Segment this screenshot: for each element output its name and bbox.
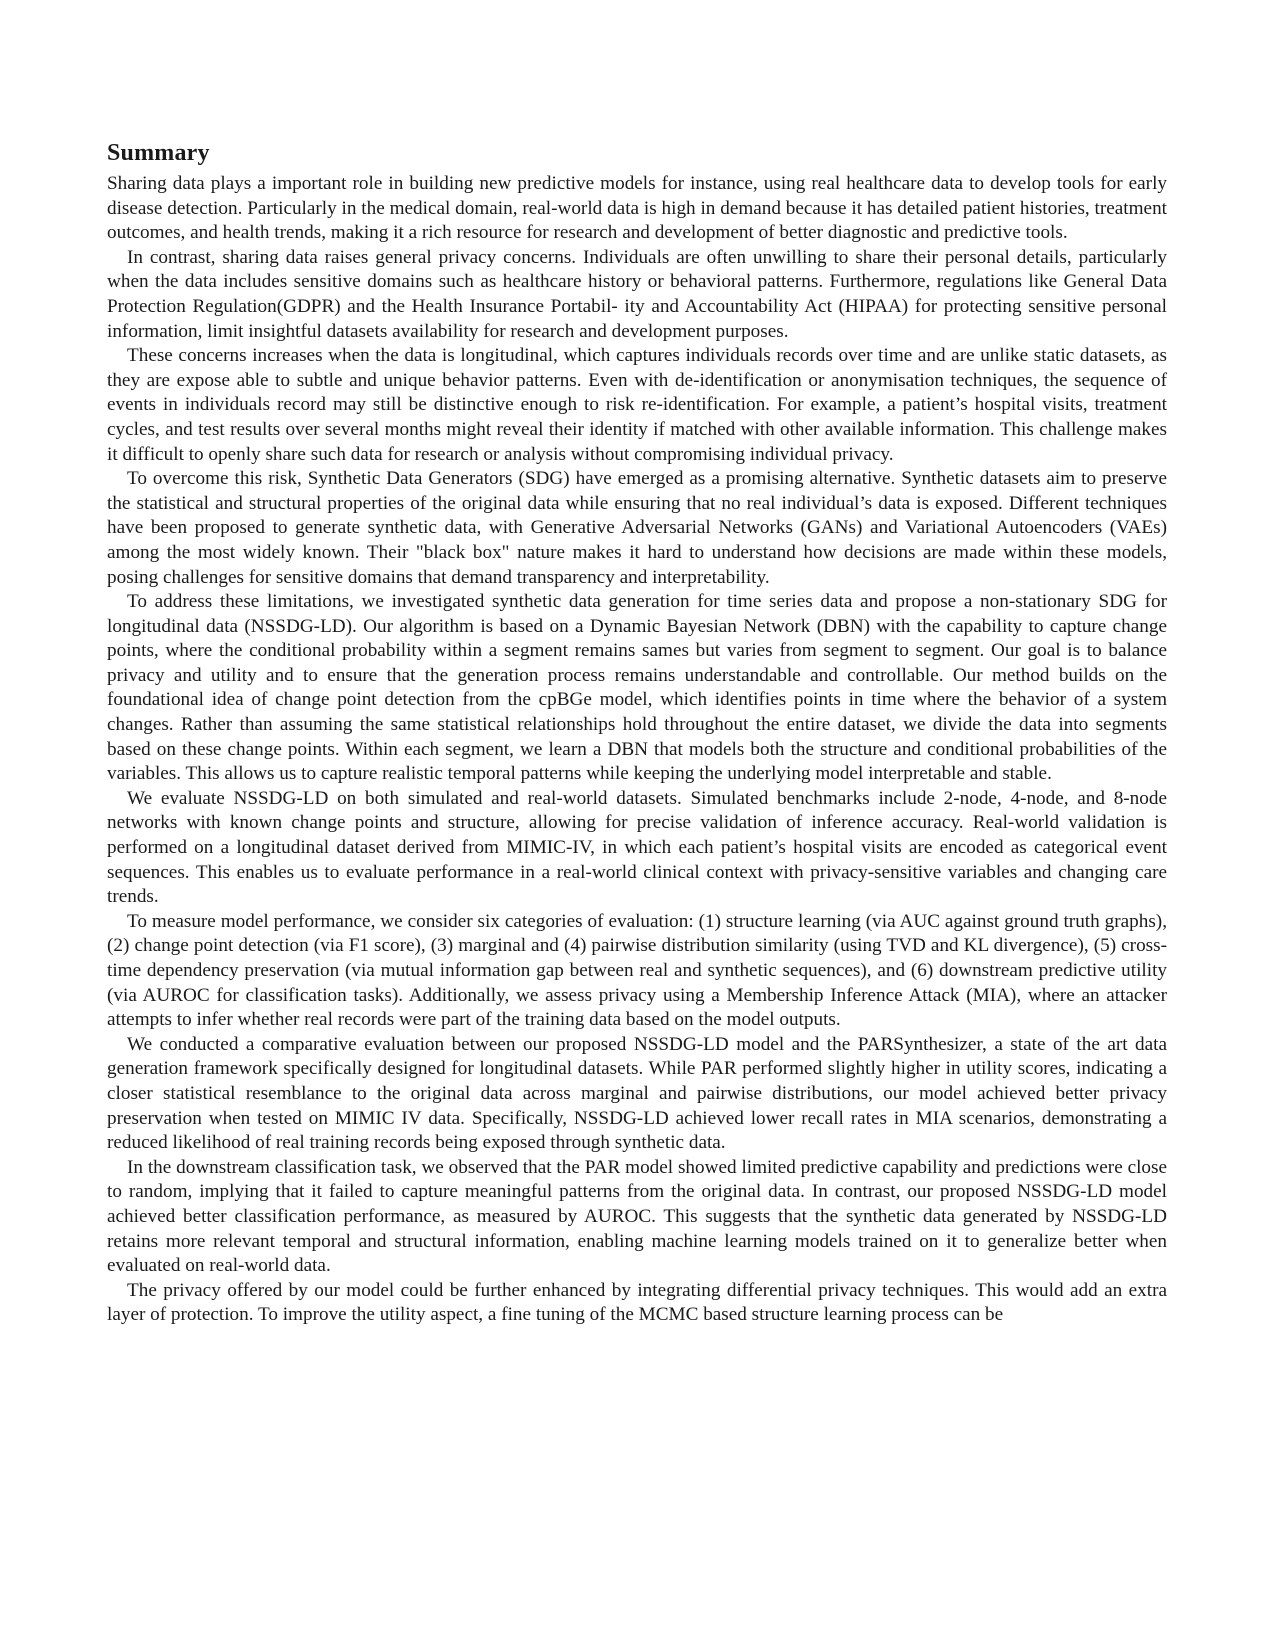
paragraph-downstream: In the downstream classification task, w… [107,1156,1167,1279]
paragraph-comparison: We conducted a comparative evaluation be… [107,1033,1167,1156]
paragraph-synthetic-data: To overcome this risk, Synthetic Data Ge… [107,467,1167,590]
paragraph-privacy-concerns: In contrast, sharing data raises general… [107,246,1167,344]
paragraph-method: To address these limitations, we investi… [107,590,1167,787]
summary-section: Summary Sharing data plays a important r… [107,138,1167,1328]
section-title: Summary [107,138,1167,168]
paragraph-evaluation-datasets: We evaluate NSSDG-LD on both simulated a… [107,787,1167,910]
paragraph-evaluation-metrics: To measure model performance, we conside… [107,910,1167,1033]
paragraph-longitudinal-risk: These concerns increases when the data i… [107,344,1167,467]
paragraph-intro: Sharing data plays a important role in b… [107,172,1167,246]
paragraph-future-work: The privacy offered by our model could b… [107,1279,1167,1328]
